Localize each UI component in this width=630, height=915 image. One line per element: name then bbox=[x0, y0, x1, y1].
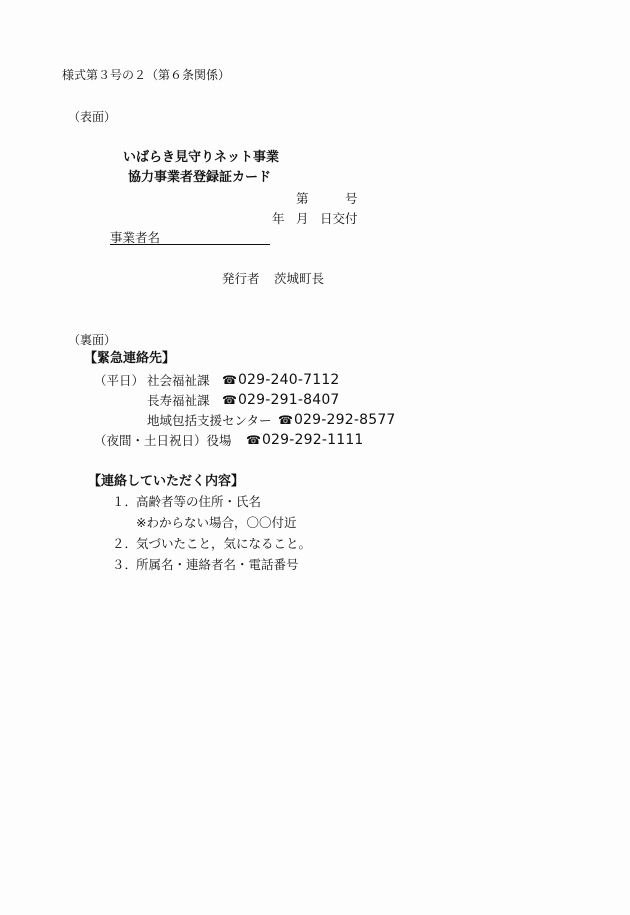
weekday-label: （平日） bbox=[94, 373, 144, 389]
report-item-note: ※わからない場合，〇〇付近 bbox=[136, 515, 296, 531]
business-name-field-line bbox=[110, 230, 270, 245]
telephone-icon: ☎ bbox=[222, 393, 237, 407]
contact-name: 地域包括支援センター bbox=[147, 413, 272, 429]
card-title-line1: いばらき見守りネット事業 bbox=[123, 150, 279, 166]
form-number: 様式第３号の２（第６条関係） bbox=[62, 67, 230, 83]
report-item-number: ３． bbox=[112, 557, 137, 573]
issuer-label: 発行者 bbox=[222, 271, 260, 287]
telephone-icon: ☎ bbox=[278, 413, 293, 427]
night-contact-phone: ☎ 029-292-1111 bbox=[246, 432, 364, 448]
contact-phone: ☎ 029-291-8407 bbox=[222, 392, 340, 408]
telephone-icon: ☎ bbox=[246, 433, 261, 447]
front-section-label: （表面） bbox=[68, 109, 116, 125]
issuer-name: 茨城町長 bbox=[274, 271, 324, 287]
back-section-label: （裏面） bbox=[68, 332, 116, 348]
report-item-text: 所属名・連絡者名・電話番号 bbox=[136, 557, 299, 573]
document-page: 様式第３号の２（第６条関係） （表面） いばらき見守りネット事業 協力事業者登録… bbox=[0, 0, 630, 915]
number-suffix: 号 bbox=[345, 191, 358, 207]
contact-phone: ☎ 029-292-8577 bbox=[278, 412, 396, 428]
contact-name: 社会福祉課 bbox=[147, 373, 210, 389]
telephone-icon: ☎ bbox=[222, 373, 237, 387]
contact-name: 長寿福祉課 bbox=[147, 393, 210, 409]
date-day-issue: 日交付 bbox=[320, 211, 358, 227]
report-item-number: １． bbox=[112, 494, 137, 510]
card-title-line2: 協力事業者登録証カード bbox=[128, 170, 271, 186]
emergency-heading: 【緊急連絡先】 bbox=[84, 351, 175, 367]
contact-phone: ☎ 029-240-7112 bbox=[222, 372, 340, 388]
report-item-text: 気づいたこと，気になること。 bbox=[136, 536, 311, 552]
night-contact-label: （夜間・土日祝日）役場 bbox=[94, 433, 232, 449]
number-prefix: 第 bbox=[296, 191, 309, 207]
report-item-number: ２． bbox=[112, 536, 137, 552]
date-month: 月 bbox=[296, 211, 309, 227]
date-year: 年 bbox=[272, 211, 285, 227]
report-heading: 【連絡していただく内容】 bbox=[88, 474, 244, 490]
report-item-text: 高齢者等の住所・氏名 bbox=[136, 494, 261, 510]
